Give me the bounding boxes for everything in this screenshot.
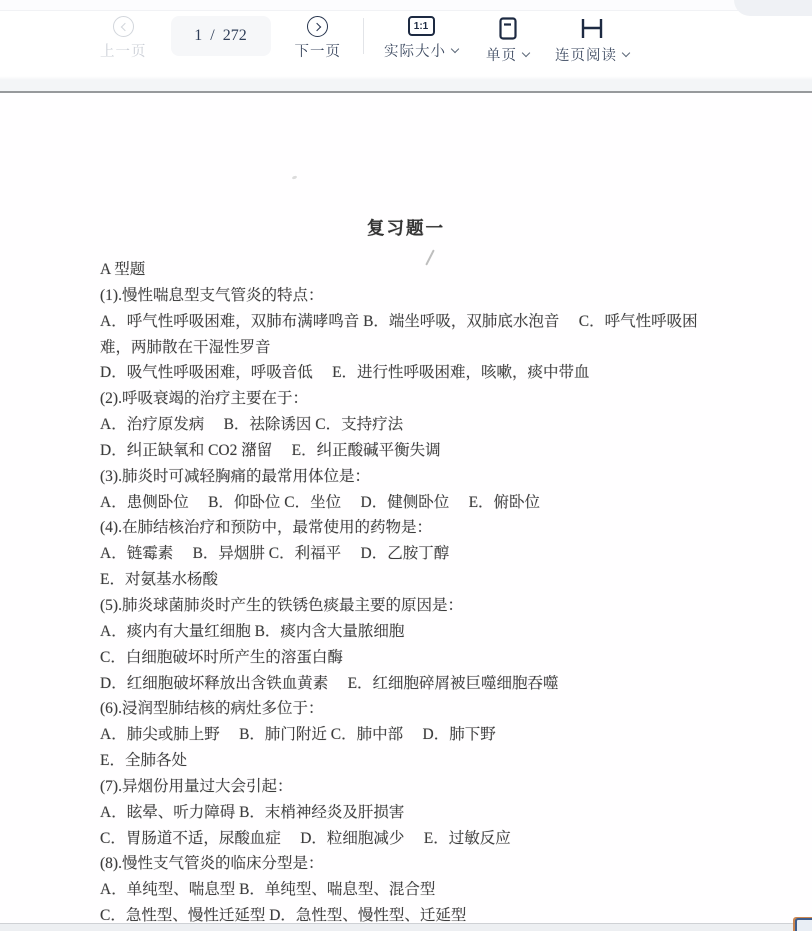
text-line: A．治疗原发病 B．祛除诱因 C．支持疗法 — [100, 412, 812, 438]
text-line: D．吸气性呼吸困难，呼吸音低 E．进行性呼吸困难，咳嗽，痰中带血 — [100, 360, 812, 386]
document-text: A 型题(1).慢性喘息型支气管炎的特点：A．呼气性呼吸困难，双肺布满哮鸣音 B… — [0, 257, 812, 923]
pdf-viewer-window: 上一页 1 / 272 下一页 1:1 实际大小 — [0, 0, 812, 931]
page-separator: / — [210, 27, 214, 45]
text-line: C．白细胞破坏时所产生的溶蛋白酶 — [100, 645, 812, 671]
bottom-background-strip — [0, 923, 812, 931]
actual-size-button[interactable]: 1:1 实际大小 — [384, 16, 458, 61]
text-line: D．红细胞破坏释放出含铁血黄素 E．红细胞碎屑被巨噬细胞吞噬 — [100, 671, 812, 697]
document-title: 复习题一 — [0, 216, 812, 241]
document-page[interactable]: 复习题一 A 型题(1).慢性喘息型支气管炎的特点：A．呼气性呼吸困难，双肺布满… — [0, 91, 812, 923]
single-page-label: 单页 — [486, 44, 517, 65]
toolbar-divider — [363, 18, 364, 54]
chevron-right-circle-icon — [307, 16, 328, 37]
prev-page-label: 上一页 — [100, 40, 147, 61]
scan-smudge-artifact — [292, 175, 298, 180]
chevron-down-icon — [622, 49, 630, 57]
text-line: A．链霉素 B．异烟肼 C．利福平 D．乙胺丁醇 — [100, 541, 812, 567]
page-current: 1 — [194, 27, 202, 45]
text-line: 难，两肺散在干湿性罗音 — [100, 335, 812, 361]
text-line: (5).肺炎球菌肺炎时产生的铁锈色痰最主要的原因是： — [100, 593, 812, 619]
pdf-toolbar: 上一页 1 / 272 下一页 1:1 实际大小 — [0, 0, 812, 91]
text-line: (8).慢性支气管炎的临床分型是： — [100, 851, 812, 877]
text-line: D．纠正缺氧和 CO2 潴留 E．纠正酸碱平衡失调 — [100, 438, 812, 464]
text-line: A．痰内有大量红细胞 B．痰内含大量脓细胞 — [100, 619, 812, 645]
continuous-read-button[interactable]: 连页阅读 — [555, 16, 629, 65]
text-line: (1).慢性喘息型支气管炎的特点： — [100, 283, 812, 309]
page-total: 272 — [223, 27, 247, 45]
text-line: C．急性型、慢性迁延型 D．急性型、慢性型、迁延型 — [100, 903, 812, 923]
text-line: A．单纯型、喘息型 B．单纯型、喘息型、混合型 — [100, 877, 812, 903]
continuous-read-label: 连页阅读 — [555, 44, 617, 65]
text-line: A．肺尖或肺上野 B．肺门附近 C．肺中部 D．肺下野 — [100, 722, 812, 748]
chevron-down-icon — [522, 49, 530, 57]
text-line: (2).呼吸衰竭的治疗主要在于： — [100, 386, 812, 412]
text-line: (3).肺炎时可减轻胸痛的最常用体位是： — [100, 464, 812, 490]
single-page-icon — [497, 17, 519, 40]
actual-size-icon: 1:1 — [408, 16, 435, 36]
text-line: C．胃肠道不适，尿酸血症 D．粒细胞减少 E．过敏反应 — [100, 826, 812, 852]
text-line: A．眩晕、听力障碍 B．末梢神经炎及肝损害 — [100, 800, 812, 826]
single-page-button[interactable]: 单页 — [486, 16, 529, 65]
text-line: (7).异烟份用量过大会引起： — [100, 774, 812, 800]
toolbar-row: 上一页 1 / 272 下一页 1:1 实际大小 — [100, 16, 629, 65]
text-line: A．患侧卧位 B．仰卧位 C．坐位 D．健侧卧位 E．俯卧位 — [100, 490, 812, 516]
continuous-read-icon — [578, 17, 606, 40]
chevron-left-circle-icon — [113, 16, 134, 37]
next-page-button[interactable]: 下一页 — [295, 16, 342, 61]
text-line: A．呼气性呼吸困难，双肺布满哮鸣音 B．端坐呼吸，双肺底水泡音 C．呼气性呼吸困 — [100, 309, 812, 335]
actual-size-label: 实际大小 — [384, 40, 446, 61]
panel-corner — [734, 0, 812, 16]
prev-page-button[interactable]: 上一页 — [100, 16, 147, 61]
next-page-label: 下一页 — [295, 40, 342, 61]
chevron-down-icon — [451, 45, 459, 53]
text-line: E．对氨基水杨酸 — [100, 567, 812, 593]
text-line: (6).浸润型肺结核的病灶多位于： — [100, 696, 812, 722]
page-indicator[interactable]: 1 / 272 — [171, 16, 271, 56]
top-strip — [0, 0, 812, 11]
text-line: (4).在肺结核治疗和预防中，最常使用的药物是： — [100, 515, 812, 541]
corner-widget-icon[interactable] — [795, 918, 812, 931]
text-line: A 型题 — [100, 257, 812, 283]
text-line: E．全肺各处 — [100, 748, 812, 774]
